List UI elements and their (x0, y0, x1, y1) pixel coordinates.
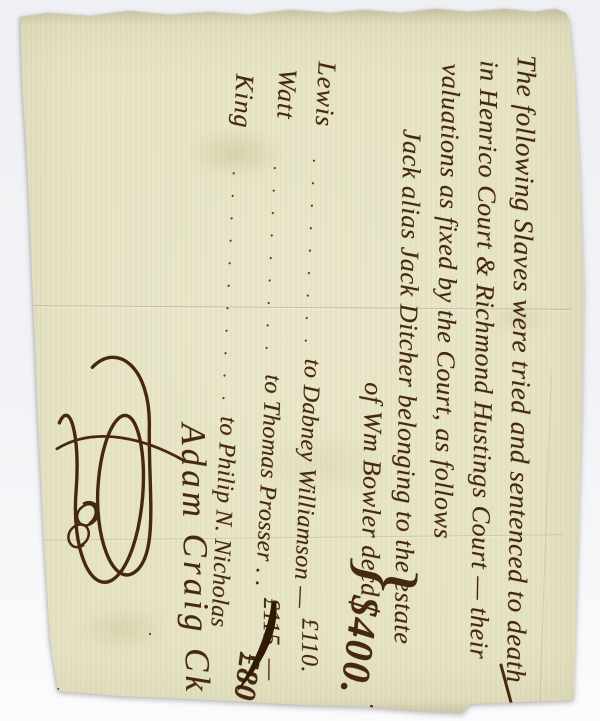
slave-name: Lewis (307, 61, 341, 158)
dotted-leader: . . . . . . . . . . . . . . . . (217, 171, 248, 411)
manuscript-opening-line-2: in Henrico Court & Richmond Hustings Cou… (463, 60, 503, 660)
owner-name: to Thomas Prosser . . (249, 374, 286, 588)
slave-name: King (225, 73, 259, 170)
manuscript-opening-line-1: The following Slaves were tried and sent… (500, 55, 542, 684)
ink-speck (11, 605, 14, 609)
owner-name: to Dabney Williamson — (287, 358, 325, 608)
paper-shadow-wrap: The following Slaves were tried and sent… (0, 0, 600, 721)
manuscript-paper: The following Slaves were tried and sent… (0, 0, 600, 721)
jack-valuation: $400. (331, 594, 390, 699)
slave-name: Watt (268, 68, 302, 165)
manuscript-opening-line-3: valuations as fixed by the Court, as fol… (427, 63, 465, 539)
dotted-leader: . . . . . . . . . . . . . . . . (260, 166, 289, 369)
valuation-amount: £110. (295, 618, 323, 673)
document-scan: The following Slaves were tried and sent… (0, 0, 600, 721)
manuscript-content: The following Slaves were tried and sent… (0, 6, 551, 715)
jack-clause-brace: } (346, 556, 430, 594)
signature-flourish (46, 337, 189, 639)
dotted-leader: . . . . . . . . . . . . . . . . (300, 159, 329, 354)
